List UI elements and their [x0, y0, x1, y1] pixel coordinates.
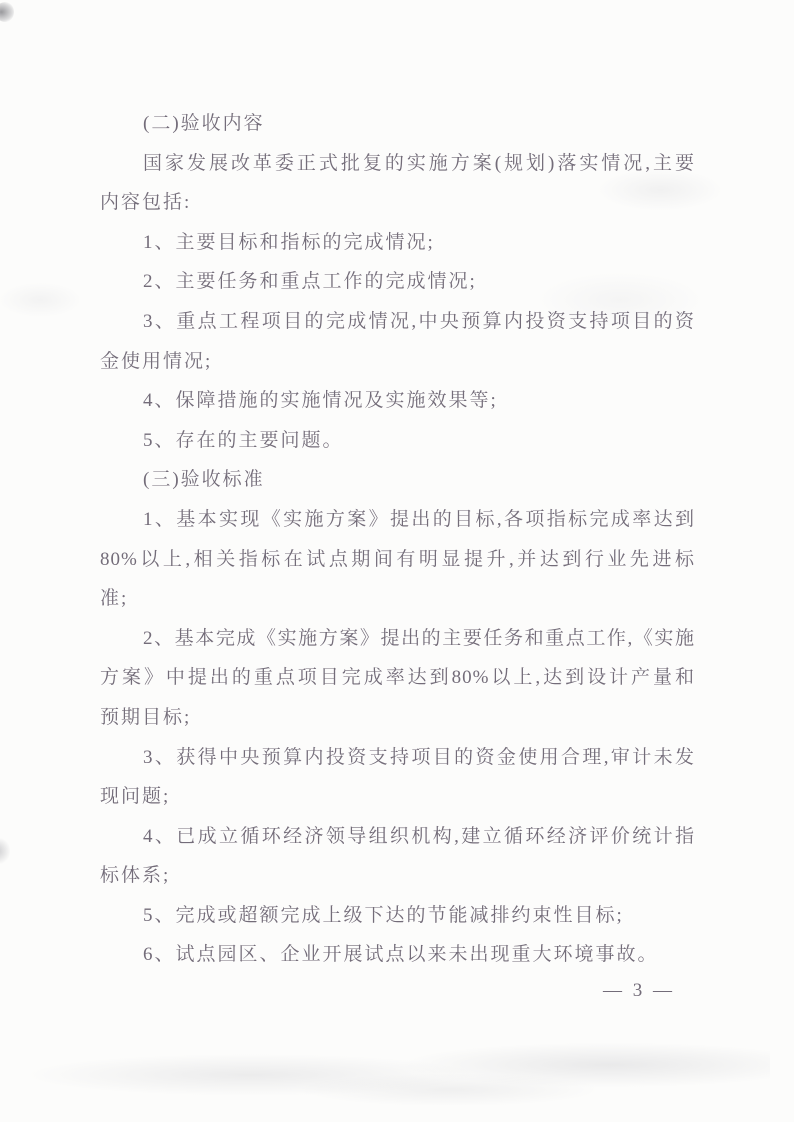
section-heading-2: (二)验收内容 [100, 104, 695, 144]
standard-item-1-line-3: 准; [100, 579, 695, 619]
section-heading-3: (三)验收标准 [100, 460, 695, 500]
paragraph-intro-line-2: 内容包括: [100, 183, 695, 223]
paragraph-intro-line-1: 国家发展改革委正式批复的实施方案(规划)落实情况,主要 [100, 144, 695, 184]
scanned-document-page: (二)验收内容 国家发展改革委正式批复的实施方案(规划)落实情况,主要 内容包括… [0, 0, 794, 1122]
scan-edge-artifact [0, 838, 10, 864]
standard-item-6: 6、试点园区、企业开展试点以来未出现重大环境事故。 [100, 935, 695, 975]
standard-item-3-line-1: 3、获得中央预算内投资支持项目的资金使用合理,审计未发 [100, 738, 695, 778]
standard-item-5: 5、完成或超额完成上级下达的节能减排约束性目标; [100, 896, 695, 936]
page-number: — 3 — [100, 976, 695, 1006]
document-body: (二)验收内容 国家发展改革委正式批复的实施方案(规划)落实情况,主要 内容包括… [100, 104, 695, 975]
content-item-3-line-2: 金使用情况; [100, 342, 695, 382]
content-item-4: 4、保障措施的实施情况及实施效果等; [100, 381, 695, 421]
standard-item-2-line-3: 预期目标; [100, 698, 695, 738]
standard-item-1-line-1: 1、基本实现《实施方案》提出的目标,各项指标完成率达到 [100, 500, 695, 540]
content-item-5: 5、存在的主要问题。 [100, 421, 695, 461]
content-item-1: 1、主要目标和指标的完成情况; [100, 223, 695, 263]
standard-item-4-line-2: 标体系; [100, 856, 695, 896]
standard-item-4-line-1: 4、已成立循环经济领导组织机构,建立循环经济评价统计指 [100, 817, 695, 857]
scan-shadow-artifact [30, 1035, 770, 1105]
standard-item-2-line-1: 2、基本完成《实施方案》提出的主要任务和重点工作,《实施 [100, 619, 695, 659]
content-item-2: 2、主要任务和重点工作的完成情况; [100, 262, 695, 302]
scan-corner-artifact [0, 2, 14, 22]
standard-item-1-line-2: 80%以上,相关指标在试点期间有明显提升,并达到行业先进标 [100, 540, 695, 580]
standard-item-3-line-2: 现问题; [100, 777, 695, 817]
content-item-3-line-1: 3、重点工程项目的完成情况,中央预算内投资支持项目的资 [100, 302, 695, 342]
standard-item-2-line-2: 方案》中提出的重点项目完成率达到80%以上,达到设计产量和 [100, 658, 695, 698]
